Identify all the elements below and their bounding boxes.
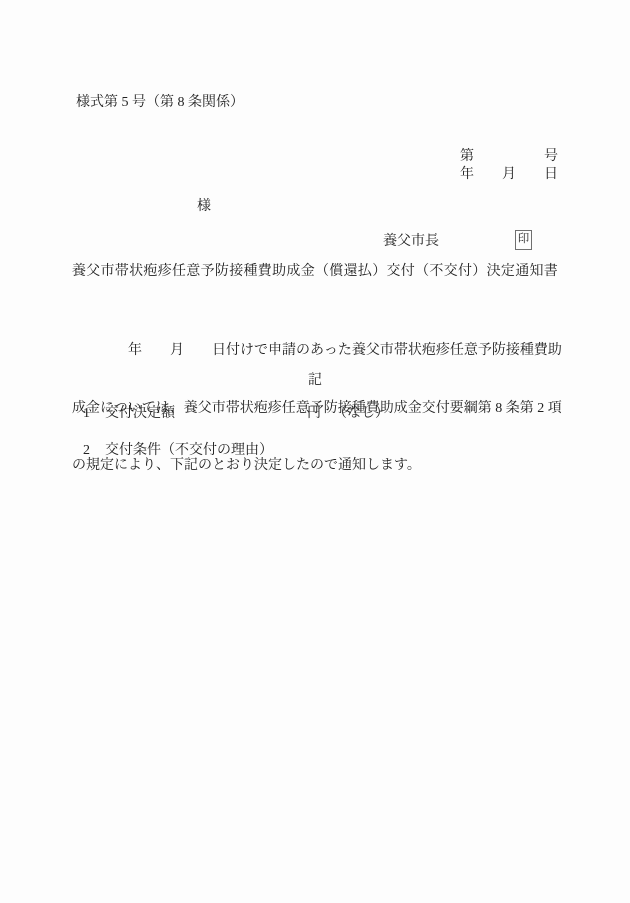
addressee-honorific: 様 xyxy=(197,199,211,215)
document-title: 養父市帯状疱疹任意予防接種費助成金（償還払）交付（不交付）決定通知書 xyxy=(0,264,630,280)
issue-number-line: 第 号 xyxy=(460,149,558,165)
ki-section-marker: 記 xyxy=(0,373,630,389)
item-2-label: 交付条件（不交付の理由） xyxy=(105,443,273,459)
item-1-number: 1 xyxy=(83,406,90,422)
seal-character: 印 xyxy=(518,234,530,246)
form-number-caption: 様式第 5 号（第 8 条関係） xyxy=(76,95,244,111)
official-seal-placeholder: 印 xyxy=(515,230,532,250)
list-item-1: 1 交付決定額 円 （なし） xyxy=(0,406,630,422)
body-line-1: 年 月 日付けで申請のあった養父市帯状疱疹任意予防接種費助 xyxy=(72,340,564,362)
item-1-note: （なし） xyxy=(333,406,389,422)
document-page: 様式第 5 号（第 8 条関係） 第 号 年 月 日 様 養父市長 印 養父市帯… xyxy=(0,0,630,903)
item-2-number: 2 xyxy=(83,443,90,459)
item-1-amount-unit: 円 xyxy=(307,406,321,422)
item-1-label: 交付決定額 xyxy=(105,406,175,422)
sender-title: 養父市長 xyxy=(383,234,439,250)
list-item-2: 2 交付条件（不交付の理由） xyxy=(0,443,630,459)
issue-date-line: 年 月 日 xyxy=(460,167,558,183)
